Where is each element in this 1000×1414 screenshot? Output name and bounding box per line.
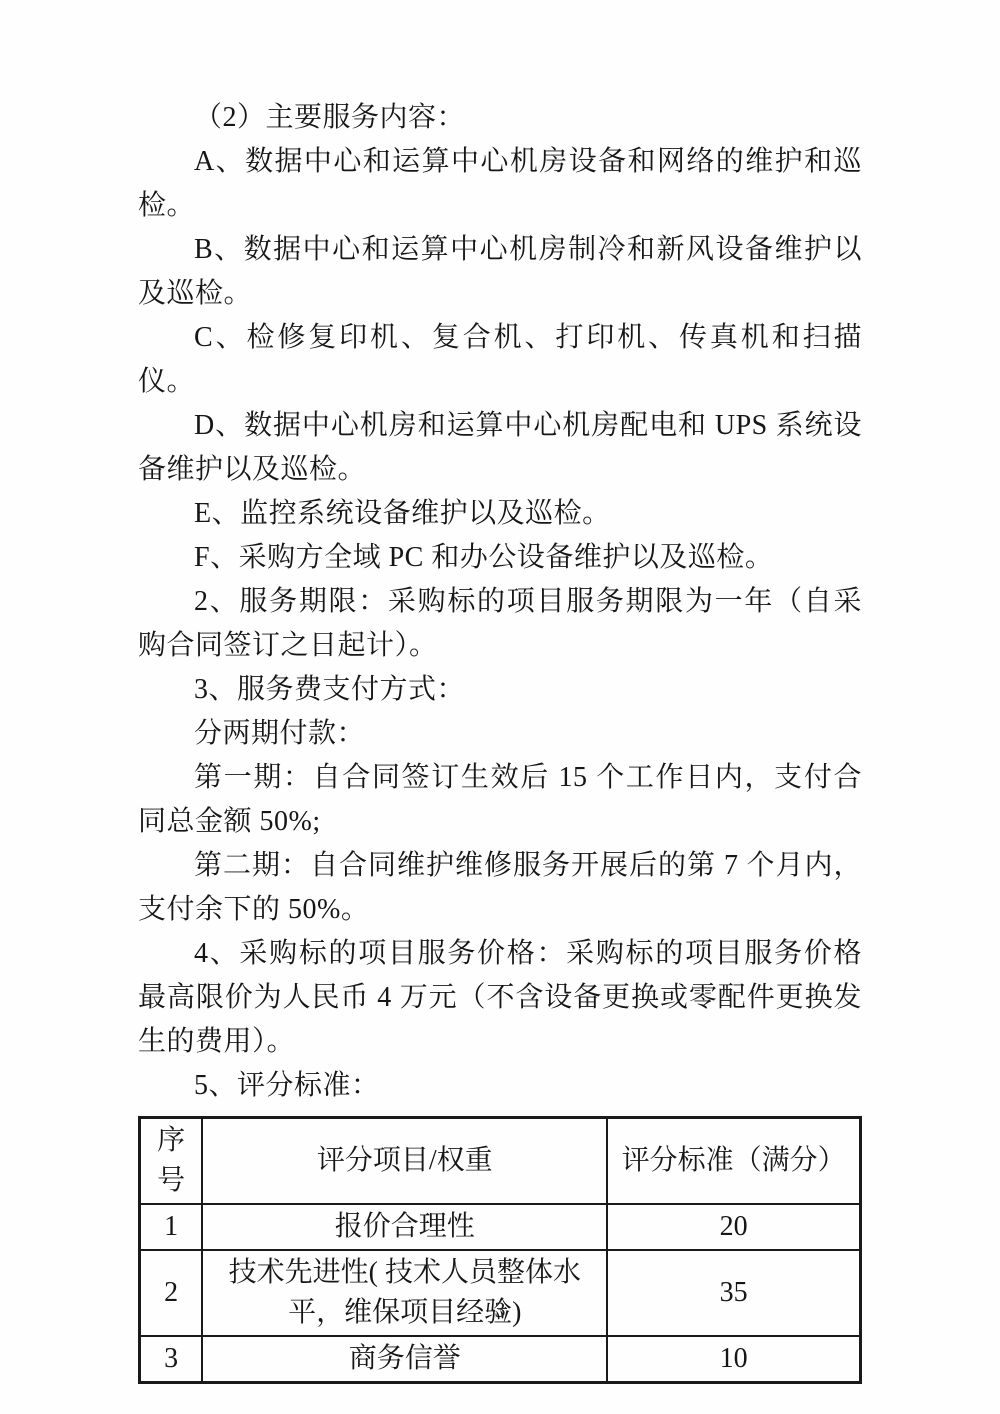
paragraph: 分两期付款： (138, 712, 862, 756)
paragraph: C、检修复印机、复合机、打印机、传真机和扫描仪。 (138, 316, 862, 404)
scoring-table: 序号 评分项目/权重 评分标准（满分） 1 报价合理性 20 2 技术先进性( … (138, 1116, 862, 1384)
paragraph: 4、采购标的项目服务价格：采购标的项目服务价格最高限价为人民币 4 万元（不含设… (138, 932, 862, 1064)
paragraph: 3、服务费支付方式： (138, 668, 862, 712)
table-header-cell: 评分项目/权重 (202, 1118, 607, 1205)
table-cell: 3 (140, 1336, 203, 1383)
table-cell: 1 (140, 1204, 203, 1250)
paragraph: D、数据中心机房和运算中心机房配电和 UPS 系统设备维护以及巡检。 (138, 404, 862, 492)
paragraph: 第一期：自合同签订生效后 15 个工作日内，支付合同总金额 50%; (138, 756, 862, 844)
document-content: （2）主要服务内容： A、数据中心和运算中心机房设备和网络的维护和巡检。 B、数… (138, 96, 862, 1384)
paragraph: E、监控系统设备维护以及巡检。 (138, 492, 862, 536)
table-cell: 报价合理性 (202, 1204, 607, 1250)
table-header-row: 序号 评分项目/权重 评分标准（满分） (140, 1118, 861, 1205)
table-header-cell: 序号 (140, 1118, 203, 1205)
table-row: 3 商务信誉 10 (140, 1336, 861, 1383)
paragraph: 第二期：自合同维护维修服务开展后的第 7 个月内，支付余下的 50%。 (138, 844, 862, 932)
paragraph: B、数据中心和运算中心机房制冷和新风设备维护以及巡检。 (138, 228, 862, 316)
page-number: 3 (0, 1296, 1000, 1324)
paragraph: 5、评分标准： (138, 1064, 862, 1108)
table-cell: 20 (607, 1204, 860, 1250)
paragraph: 2、服务期限：采购标的项目服务期限为一年（自采购合同签订之日起计）。 (138, 580, 862, 668)
table-cell: 10 (607, 1336, 860, 1383)
paragraph: F、采购方全域 PC 和办公设备维护以及巡检。 (138, 536, 862, 580)
document-page: （2）主要服务内容： A、数据中心和运算中心机房设备和网络的维护和巡检。 B、数… (0, 0, 1000, 1414)
table-row: 1 报价合理性 20 (140, 1204, 861, 1250)
paragraph: （2）主要服务内容： (138, 96, 862, 140)
table-header-cell: 评分标准（满分） (607, 1118, 860, 1205)
paragraph: A、数据中心和运算中心机房设备和网络的维护和巡检。 (138, 140, 862, 228)
table-cell: 商务信誉 (202, 1336, 607, 1383)
